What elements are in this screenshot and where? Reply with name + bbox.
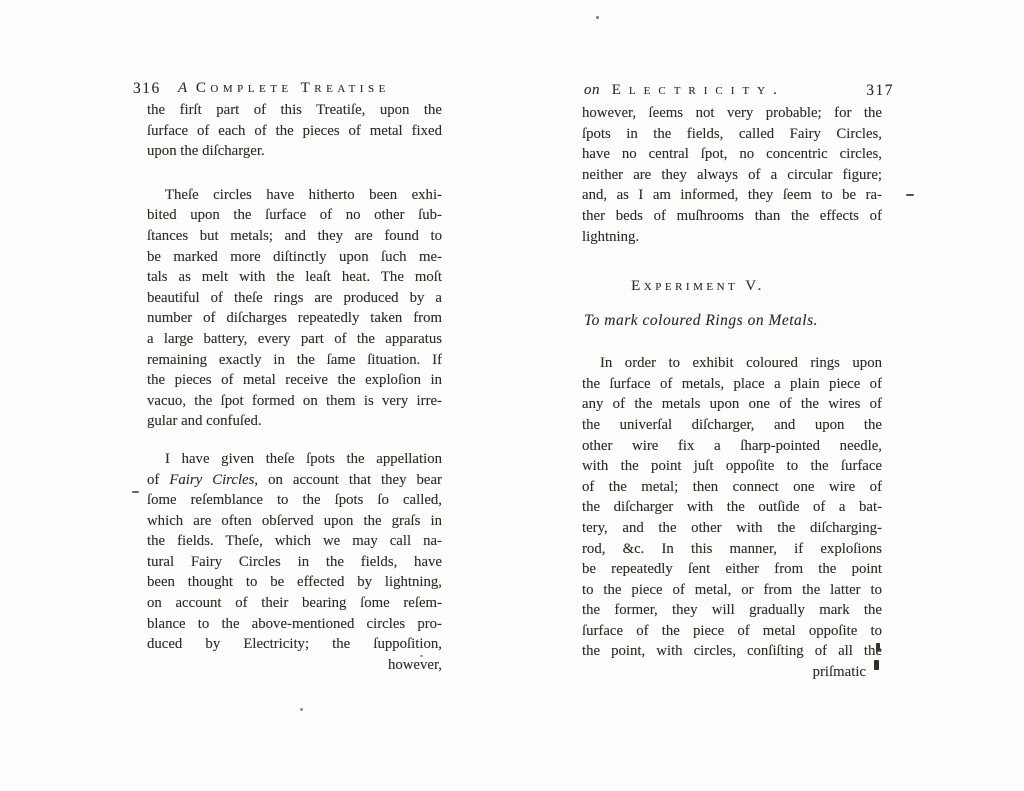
page-number-right: 317 [866,82,894,99]
page-316: 316 A Complete Treatise the firſt part o… [147,80,442,675]
catchword-left: however, [147,655,442,676]
running-head-left: 316 A Complete Treatise [147,80,442,97]
text-line: number of diſcharges repeatedly taken fr… [147,308,442,329]
text-line: neither are they always of a circular fi… [582,165,882,186]
text-line: to the piece of metal, or from the latte… [582,580,882,601]
scan-speck [420,655,423,657]
text-line: Theſe circles have hitherto been exhi- [147,185,442,206]
text-line: rod, &c. In this manner, if exploſions [582,539,882,560]
text-line: which are often obſerved upon the graſs … [147,511,442,532]
text-line: blance to the above-mentioned circles pr… [147,614,442,635]
scan-speck [680,180,682,182]
text-line: lightning. [582,227,882,248]
text-line: the pieces of metal receive the exploſio… [147,370,442,391]
text-line: ſtances but metals; and they are found t… [147,226,442,247]
text-line: the point, with circles, conſiſting of a… [582,641,882,662]
text-line: of Fairy Circles, on account that they b… [147,470,442,491]
running-head-right: on Electricity. 317 [582,82,882,99]
experiment-heading: Experiment V. [548,276,848,297]
text-line: In order to exhibit coloured rings upon [582,353,882,374]
text-line: other wire fix a ſharp-pointed needle, [582,436,882,457]
running-title-right: on Electricity. [584,82,785,99]
text-line: the fields. Theſe, which we may call na- [147,531,442,552]
scan-speck [596,16,599,19]
text-line: ſurface of the piece of metal oppoſite t… [582,621,882,642]
text-line: the univerſal diſcharger, and upon the [582,415,882,436]
text-line: been thought to be effected by lightning… [147,572,442,593]
scan-speck [906,194,914,196]
text-line: ſurface of each of the pieces of metal f… [147,121,442,142]
text-line: the firſt part of this Treatiſe, upon th… [147,100,442,121]
text-line: ſpots in the fields, called Fairy Circle… [582,124,882,145]
text-line: and, as I am informed, they ſeem to be r… [582,185,882,206]
page-number-left: 316 [133,80,161,97]
paragraph-fairy-circles-doubt: however, ſeems not very probable; for th… [582,103,882,247]
catchword-right: priſmatic [582,662,882,683]
text-line: upon the diſcharger. [147,141,442,162]
text-line: gular and confuſed. [147,411,442,432]
text-line: be repeatedly ſent either from the point [582,559,882,580]
text-line: ſome reſemblance to the ſpots ſo called, [147,490,442,511]
text-line: tery, and the other with the diſcharging… [582,518,882,539]
scan-speck [874,660,879,670]
text-line: of the metal; then connect one wire of [582,477,882,498]
text-line: a large battery, every part of the appar… [147,329,442,350]
experiment-subtitle: To mark coloured Rings on Metals. [551,310,851,331]
text-line: the diſcharger with the outſide of a bat… [582,497,882,518]
text-line: tural Fairy Circles in the fields, have [147,552,442,573]
paragraph-circles-on-metals: Theſe circles have hitherto been exhi-bi… [147,185,442,432]
book-spread: 316 A Complete Treatise the firſt part o… [0,0,1024,791]
paragraph-experiment-instructions: In order to exhibit coloured rings upont… [582,353,882,662]
text-line: tals as melt with the leaſt heat. The mo… [147,267,442,288]
text-line: however, ſeems not very probable; for th… [582,103,882,124]
text-line: beautiful of theſe rings are produced by… [147,288,442,309]
text-line: the ſurface of metals, place a plain pie… [582,374,882,395]
text-line: be marked more diſtinctly upon ſuch me- [147,247,442,268]
scan-speck [300,708,303,711]
scan-speck [876,643,880,651]
paragraph-fairy-circles: I have given theſe ſpots the appellation… [147,449,442,655]
text-line: with the point juſt oppoſite to the ſurf… [582,456,882,477]
text-line: vacuo, the ſpot formed on them is very i… [147,391,442,412]
running-title-left: A Complete Treatise [178,80,390,97]
text-line: ther beds of muſhrooms than the effects … [582,206,882,227]
text-line: duced by Electricity; the ſuppoſition, [147,634,442,655]
text-line: have no central ſpot, no concentric circ… [582,144,882,165]
paragraph-discharger-continuation: the firſt part of this Treatiſe, upon th… [147,100,442,162]
page-317: on Electricity. 317 however, ſeems not v… [582,82,882,683]
text-line: on account of their bearing ſome reſem- [147,593,442,614]
text-line: the former, they will gradually mark the [582,600,882,621]
text-line: remaining exactly in the ſame ſituation.… [147,350,442,371]
scan-speck [132,491,139,493]
text-line: bited upon the ſurface of no other ſub- [147,205,442,226]
text-line: I have given theſe ſpots the appellation [147,449,442,470]
text-line: any of the metals upon one of the wires … [582,394,882,415]
